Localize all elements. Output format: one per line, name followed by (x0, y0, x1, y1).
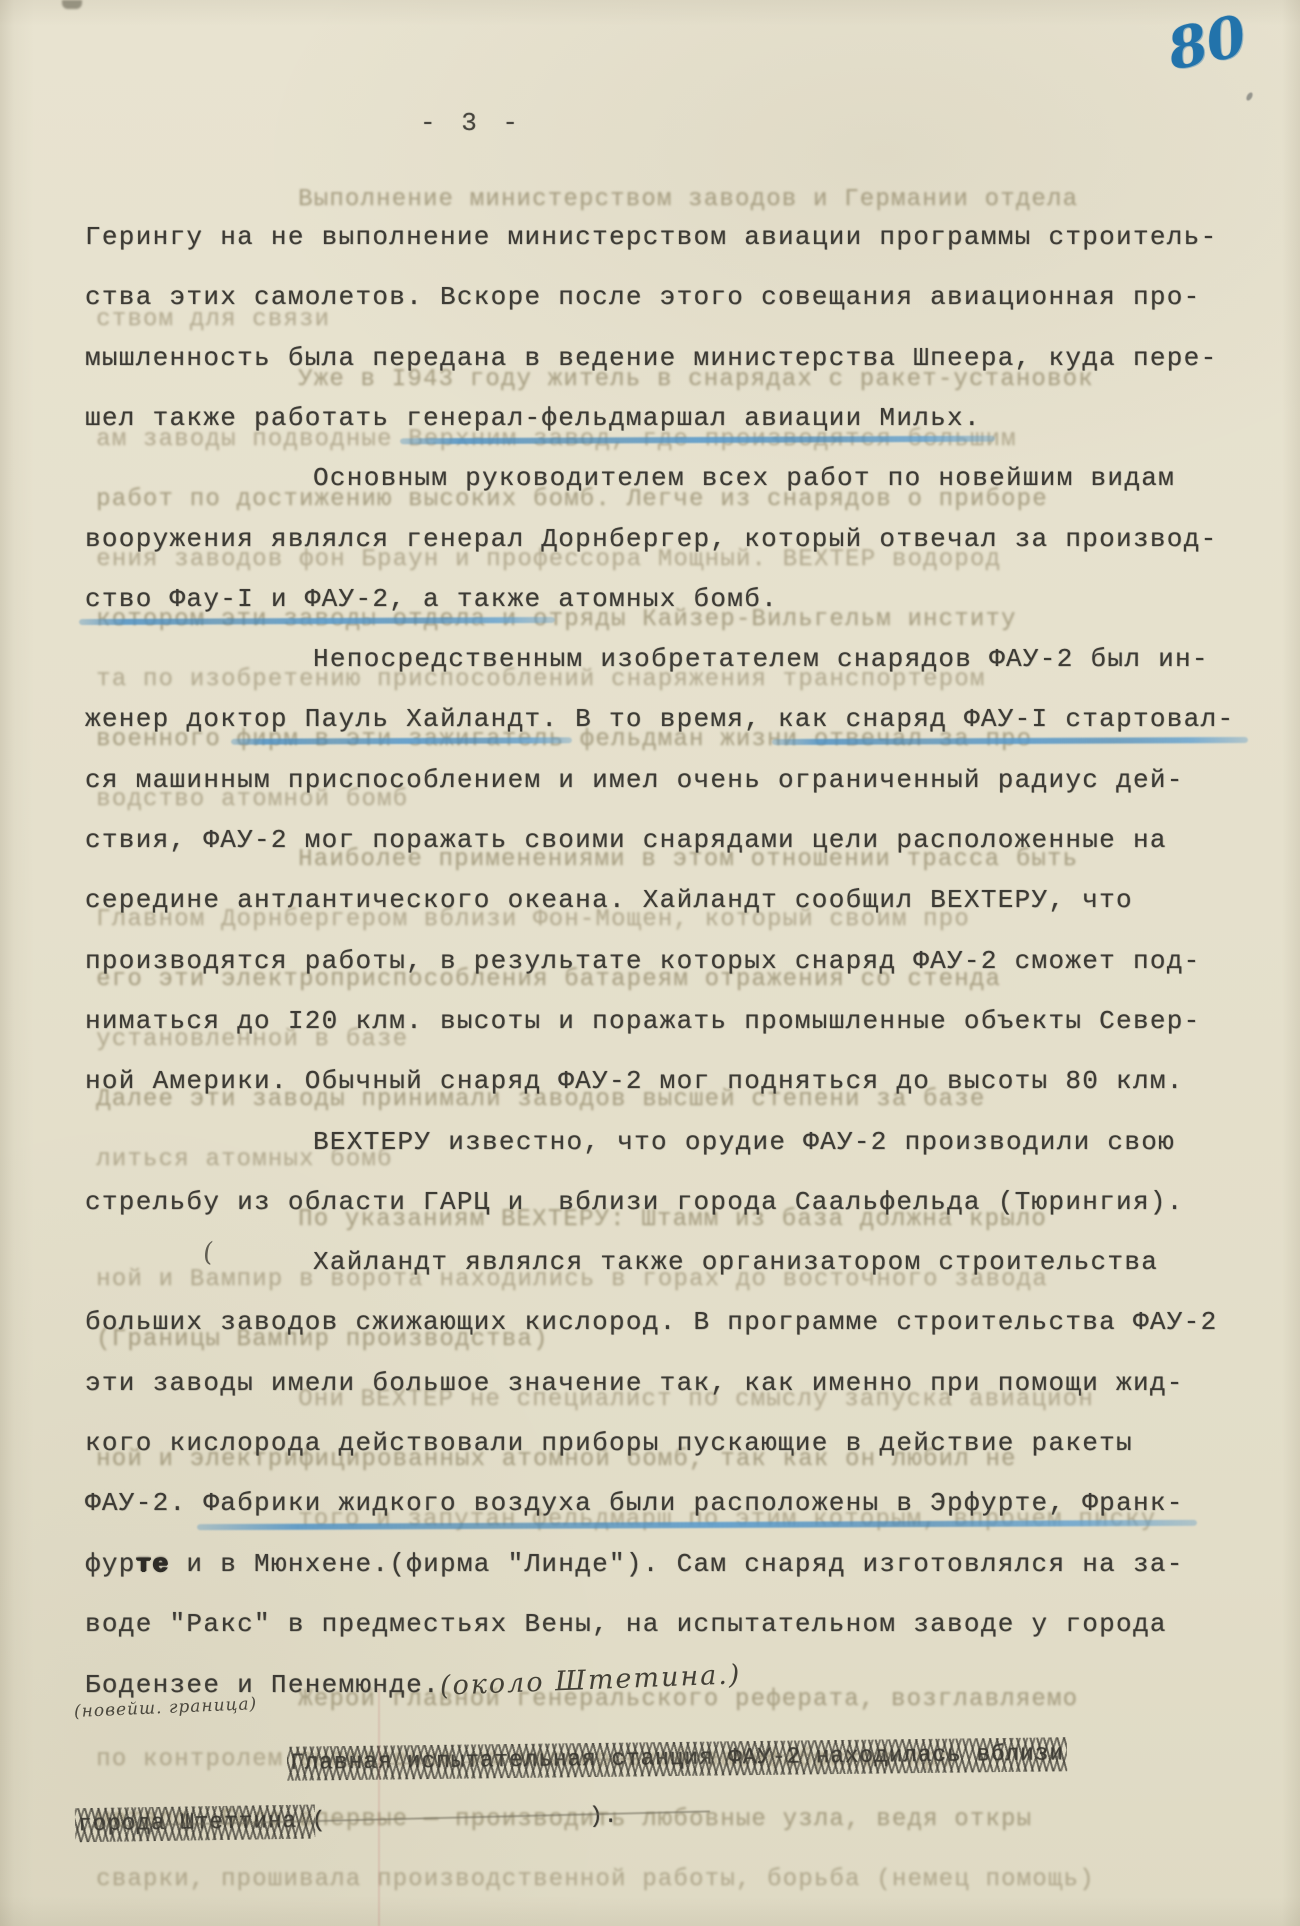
typed-text: ВЕХТЕРУ известно, что орудие ФАУ-2 произ… (313, 1127, 1175, 1157)
typed-text: Бодензее и Пенемюнде. (85, 1670, 440, 1700)
typed-text: мышленность была передана в ведение мини… (85, 343, 1217, 373)
typed-text: атомных бомб. (541, 584, 778, 614)
typed-line: Хайландт являлся также организатором стр… (313, 1245, 1158, 1279)
typed-text: фур (85, 1549, 136, 1579)
typed-text: ). (589, 1803, 619, 1829)
typed-text: больших заводов сжижающих кислород. В пр… (85, 1307, 1217, 1337)
typed-line: ство Фау-I и ФАУ-2, а также атомных бомб… (85, 582, 778, 616)
typed-text: эти заводы имели большое значение так, к… (85, 1368, 1184, 1398)
blue-underlined-text: ство Фау-I и ФАУ-2, а также (85, 584, 541, 614)
typed-text: ной Америки. Обычный снаряд ФАУ-2 мог по… (85, 1066, 1184, 1096)
scan-edge-speck (62, 0, 82, 9)
typed-text: стрельбу из области ГАРЦ и вблизи города… (85, 1187, 1184, 1217)
blue-underlined-text: Фабрики жидкого воздуха были расположены… (203, 1488, 1183, 1518)
typed-text: вооружения являлся генерал Дорнбергер, к… (85, 524, 1217, 554)
typed-text: воде "Ракс" в предместьях Вены, на испыт… (85, 1609, 1167, 1639)
blue-underlined-text: генерал-фельдмаршал авиации Мильх. (406, 403, 981, 433)
typed-text: ся машинным приспособлением и имел очень… (85, 765, 1184, 795)
typed-line: больших заводов сжижающих кислород. В пр… (85, 1305, 1217, 1339)
typed-line: ВЕХТЕРУ известно, что орудие ФАУ-2 произ… (313, 1125, 1175, 1159)
typed-text: ствия, ФАУ-2 мог поражать своими снаряда… (85, 825, 1167, 855)
typed-line: середине антлантического океана. Хайланд… (85, 883, 1133, 917)
typed-line: Непосредственным изобретателем снарядов … (313, 642, 1209, 676)
typed-text: кого кислорода действовали приборы пуска… (85, 1428, 1133, 1458)
typed-text: Основным руководителем всех работ по нов… (313, 463, 1175, 493)
typed-text: Хайландт являлся также организатором стр… (313, 1247, 1158, 1277)
typed-text: ниматься до I20 клм. высоты и поражать п… (85, 1006, 1201, 1036)
typed-line: производятся работы, в результате которы… (85, 944, 1201, 978)
typed-line: шел также работать генерал-фельдмаршал а… (85, 401, 981, 435)
typed-line: эти заводы имели большое значение так, к… (85, 1366, 1184, 1400)
bleedthrough-line: сварки, прошивала производственной работ… (96, 1866, 1095, 1893)
typed-text: производятся работы, в результате которы… (85, 946, 1201, 976)
typed-line: Основным руководителем всех работ по нов… (313, 461, 1175, 495)
typed-line: вооружения являлся генерал Дорнбергер, к… (85, 522, 1217, 556)
typed-line: ства этих самолетов. Вскоре после этого … (85, 280, 1201, 314)
typed-line: ной Америки. Обычный снаряд ФАУ-2 мог по… (85, 1064, 1184, 1098)
overtyped-text: те (136, 1549, 170, 1579)
typed-line: ствия, ФАУ-2 мог поражать своими снаряда… (85, 823, 1167, 857)
scanned-document-page: { "page": { "number_hand": "80", "page_l… (0, 0, 1300, 1926)
typed-text: ФАУ-2. (85, 1488, 203, 1518)
typed-text: женер док (85, 704, 237, 734)
typed-line: фурте и в Мюнхене.(фирма "Линде"). Сам с… (85, 1547, 1184, 1581)
typed-line: воде "Ракс" в предместьях Вены, на испыт… (85, 1607, 1167, 1641)
paper-crease-line (378, 1688, 380, 1926)
typed-text: середине антлантического океана. Хайланд… (85, 885, 1133, 915)
typed-line: ся машинным приспособлением и имел очень… (85, 763, 1184, 797)
typed-text: В то время, (558, 704, 778, 734)
typed-text: Непосредственным изобретателем снарядов … (313, 644, 1209, 674)
blue-underlined-text: как снаряд ФАУ-I стартовал- (778, 704, 1234, 734)
typed-line: кого кислорода действовали приборы пуска… (85, 1426, 1133, 1460)
typed-text: шел также работать (85, 403, 406, 433)
typed-text: и в Мюнхене.(фирма "Линде"). Сам снаряд … (170, 1549, 1184, 1579)
page-label: - 3 - (420, 108, 523, 138)
typed-line: ФАУ-2. Фабрики жидкого воздуха были расп… (85, 1486, 1184, 1520)
typed-line: ниматься до I20 клм. высоты и поражать п… (85, 1004, 1201, 1038)
typed-line: стрельбу из области ГАРЦ и вблизи города… (85, 1185, 1184, 1219)
typed-text: Герингу на не выполнение министерством а… (85, 222, 1217, 252)
bleedthrough-line: Выполнение министерством заводов и Герма… (298, 186, 1078, 213)
typed-line: Герингу на не выполнение министерством а… (85, 220, 1217, 254)
typed-line: женер доктор Пауль Хайландт. В то время,… (85, 702, 1234, 736)
typed-text: ства этих самолетов. Вскоре после этого … (85, 282, 1201, 312)
blue-underlined-text: тор Пауль Хайландт. (237, 704, 558, 734)
typed-line: мышленность была передана в ведение мини… (85, 341, 1217, 375)
